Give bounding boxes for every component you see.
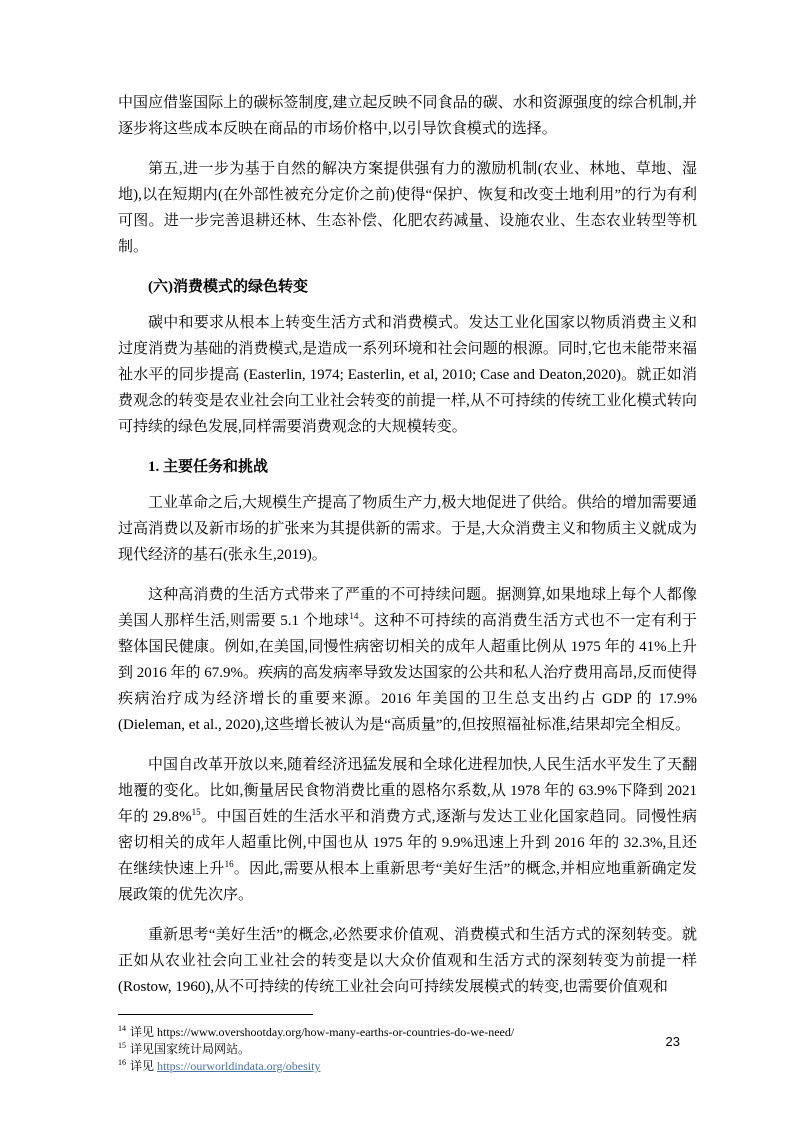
footnote-separator-rule	[118, 1014, 313, 1015]
footnote-15-marker: 15	[118, 1041, 126, 1050]
paragraph-rethink-good-life: 重新思考“美好生活”的概念,必然要求价值观、消费模式和生活方式的深刻转变。就正如…	[118, 922, 697, 1000]
page-body: 中国应借鉴国际上的碳标签制度,建立起反映不同食品的碳、水和资源强度的综合机制,并…	[118, 90, 697, 1075]
footnote-16-hyperlink[interactable]: https://ourworldindata.org/obesity	[157, 1059, 320, 1073]
paragraph-china-reform: 中国自改革开放以来,随着经济迅猛发展和全球化进程加快,人民生活水平发生了天翻地覆…	[118, 752, 697, 908]
footnote-ref-16: 16	[225, 859, 234, 869]
footnote-15: 15详见国家统计局网站。	[118, 1041, 697, 1058]
footnote-14-text: 详见 https://www.overshootday.org/how-many…	[130, 1025, 514, 1039]
footnote-15-text: 详见国家统计局网站。	[130, 1042, 250, 1056]
subsection-heading-main-tasks: 1. 主要任务和挑战	[118, 454, 697, 480]
paragraph-fifth-measure: 第五,进一步为基于自然的解决方案提供强有力的激励机制(农业、林地、草地、湿地),…	[118, 156, 697, 260]
footnote-16: 16详见 https://ourworldindata.org/obesity	[118, 1058, 697, 1075]
footnote-14: 14详见 https://www.overshootday.org/how-ma…	[118, 1024, 697, 1041]
footnote-16-text: 详见	[130, 1059, 157, 1073]
paragraph-carbon-neutral-consumption: 碳中和要求从根本上转变生活方式和消费模式。发达工业化国家以物质消费主义和过度消费…	[118, 310, 697, 440]
paragraph-overconsumption: 这种高消费的生活方式带来了严重的不可持续问题。据测算,如果地球上每个人都像美国人…	[118, 582, 697, 738]
footnote-16-marker: 16	[118, 1058, 126, 1067]
paragraph-industrial-revolution: 工业革命之后,大规模生产提高了物质生产力,极大地促进了供给。供给的增加需要通过高…	[118, 490, 697, 568]
footnote-ref-15: 15	[192, 807, 201, 817]
section-heading-green-consumption: (六)消费模式的绿色转变	[118, 274, 697, 300]
page-number: 23	[666, 1034, 680, 1049]
paragraph-overconsumption-text-2: 。这种不可持续的高消费生活方式也不一定有利于整体国民健康。例如,在美国,同慢性病…	[118, 613, 697, 733]
footnote-area: 14详见 https://www.overshootday.org/how-ma…	[118, 1014, 697, 1075]
footnote-ref-14: 14	[349, 611, 358, 621]
footnote-14-marker: 14	[118, 1024, 126, 1033]
document-page: 中国应借鉴国际上的碳标签制度,建立起反映不同食品的碳、水和资源强度的综合机制,并…	[0, 0, 793, 1122]
paragraph-carbon-label-continuation: 中国应借鉴国际上的碳标签制度,建立起反映不同食品的碳、水和资源强度的综合机制,并…	[118, 90, 697, 142]
